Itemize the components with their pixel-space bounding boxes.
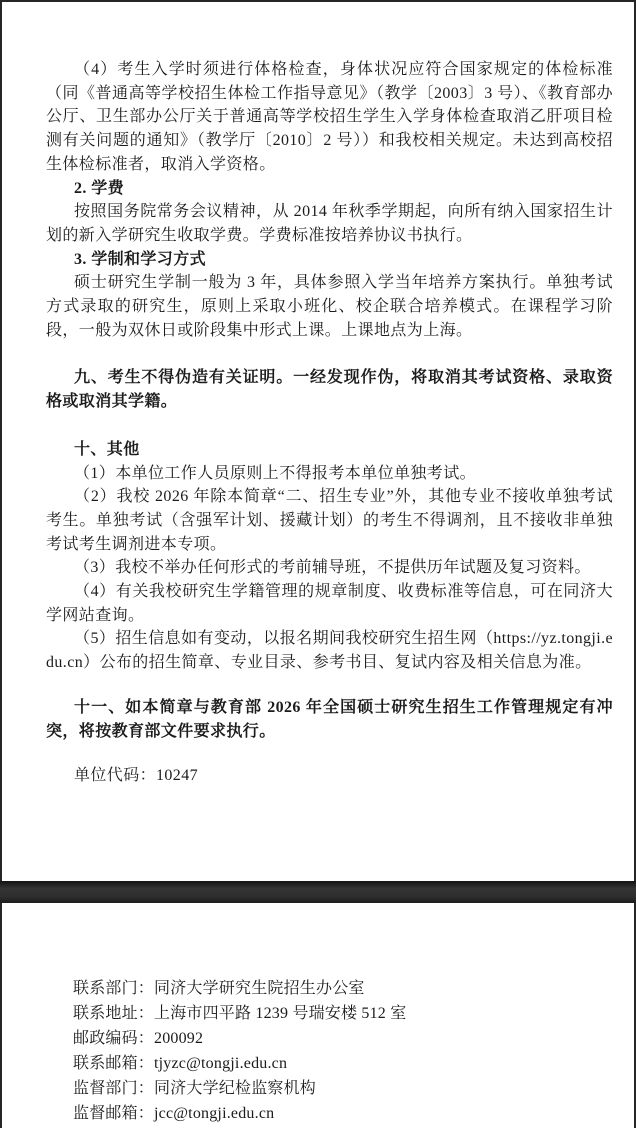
body-paragraph: （1）本单位工作人员原则上不得报考本单位单独考试。 <box>46 462 613 486</box>
body-paragraph: 单位代码：10247 <box>46 764 613 788</box>
section-heading: 3. 学制和学习方式 <box>46 248 613 272</box>
body-paragraph: （2）我校 2026 年除本简章“二、招生专业”外，其他专业不接收单独考试考生。… <box>46 485 613 556</box>
contact-info-block: 联系部门：同济大学研究生院招生办公室联系地址：上海市四平路 1239 号瑞安楼 … <box>73 976 613 1126</box>
body-paragraph: 硕士研究生学制一般为 3 年，具体参照入学当年培养方案执行。单独考试方式录取的研… <box>46 271 613 342</box>
body-paragraph: 按照国务院常务会议精神，从 2014 年秋季学期起，向所有纳入国家招生计划的新入… <box>46 200 613 247</box>
contact-line: 邮政编码：200092 <box>73 1026 613 1051</box>
contact-line: 联系邮箱：tjyzc@tongji.edu.cn <box>73 1051 613 1076</box>
contact-line: 监督部门：同济大学纪检监察机构 <box>73 1076 613 1101</box>
document-viewer: （4）考生入学时须进行体格检查，身体状况应符合国家规定的体检标准（同《普通高等学… <box>0 0 636 1128</box>
page-2: 联系部门：同济大学研究生院招生办公室联系地址：上海市四平路 1239 号瑞安楼 … <box>0 903 636 1128</box>
bold-notice-paragraph: 十一、如本简章与教育部 2026 年全国硕士研究生招生工作管理规定有冲突，将按教… <box>46 696 613 743</box>
page-1: （4）考生入学时须进行体格检查，身体状况应符合国家规定的体检标准（同《普通高等学… <box>0 0 636 881</box>
contact-line: 联系地址：上海市四平路 1239 号瑞安楼 512 室 <box>73 1001 613 1026</box>
section-heading: 2. 学费 <box>46 177 613 201</box>
bold-notice-paragraph: 九、考生不得伪造有关证明。一经发现作伪，将取消其考试资格、录取资格或取消其学籍。 <box>46 366 613 413</box>
section-heading: 十、其他 <box>46 438 613 462</box>
contact-line: 监督邮箱：jcc@tongji.edu.cn <box>73 1101 613 1126</box>
body-paragraph: （3）我校不举办任何形式的考前辅导班，不提供历年试题及复习资料。 <box>46 556 613 580</box>
body-paragraph: （5）招生信息如有变动，以报名期间我校研究生招生网（https://yz.ton… <box>46 627 613 674</box>
contact-line: 联系部门：同济大学研究生院招生办公室 <box>73 976 613 1001</box>
page-1-content: （4）考生入学时须进行体格检查，身体状况应符合国家规定的体检标准（同《普通高等学… <box>46 58 613 788</box>
page-separator <box>0 881 636 903</box>
body-paragraph: （4）有关我校研究生学籍管理的规章制度、收费标准等信息，可在同济大学网站查询。 <box>46 580 613 627</box>
body-paragraph: （4）考生入学时须进行体格检查，身体状况应符合国家规定的体检标准（同《普通高等学… <box>46 58 613 177</box>
